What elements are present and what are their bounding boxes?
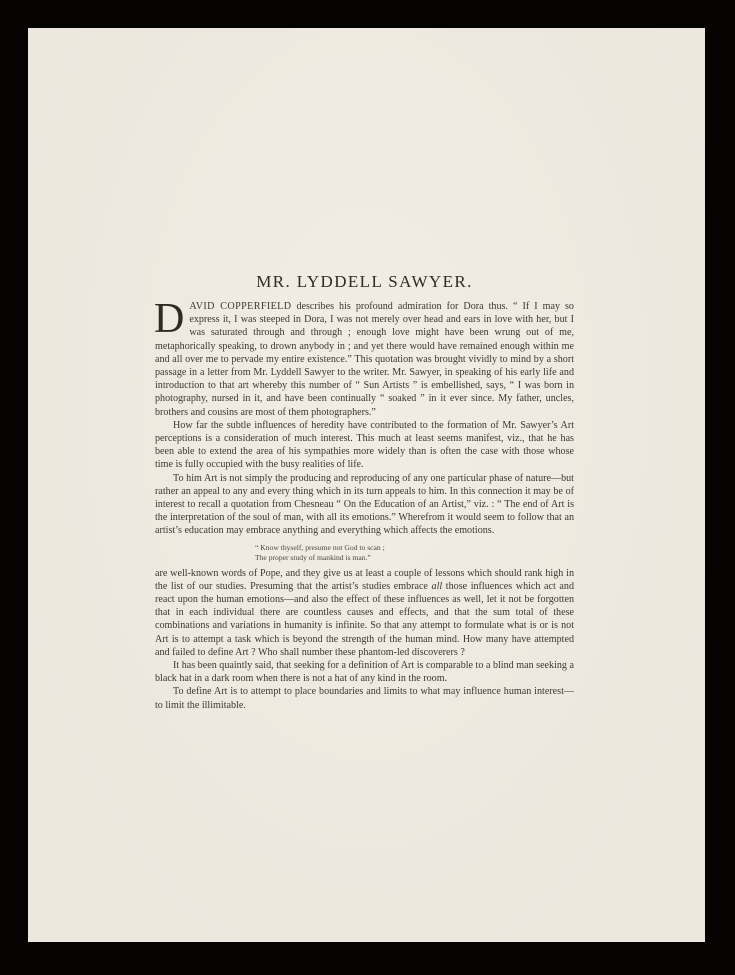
emphasis-all: all bbox=[432, 581, 443, 592]
paragraph-2: How far the subtle influences of heredit… bbox=[155, 419, 574, 472]
drop-cap: D bbox=[154, 302, 184, 336]
verse-line-1: “ Know thyself, presume not God to scan … bbox=[255, 543, 574, 553]
article-body: MR. LYDDELL SAWYER. DAVID COPPERFIELD de… bbox=[155, 272, 574, 712]
paragraph-6: To define Art is to attempt to place bou… bbox=[155, 685, 574, 711]
paragraph-4-text-b: those influences which act and react upo… bbox=[155, 581, 574, 658]
paragraph-3: To him Art is not simply the producing a… bbox=[155, 472, 574, 538]
article-title: MR. LYDDELL SAWYER. bbox=[155, 272, 574, 292]
paragraph-1: DAVID COPPERFIELD describes his profound… bbox=[155, 300, 574, 419]
verse-line-2: The proper study of mankind is man.” bbox=[255, 553, 574, 563]
lead-in-caps: AVID COPPERFIELD bbox=[189, 301, 291, 312]
paragraph-1-text: describes his profound admiration for Do… bbox=[155, 301, 574, 418]
pope-quotation: “ Know thyself, presume not God to scan … bbox=[155, 543, 574, 563]
paper-page: MR. LYDDELL SAWYER. DAVID COPPERFIELD de… bbox=[28, 28, 705, 942]
paragraph-4: are well-known words of Pope, and they g… bbox=[155, 567, 574, 659]
paragraph-5: It has been quaintly said, that seeking … bbox=[155, 659, 574, 685]
